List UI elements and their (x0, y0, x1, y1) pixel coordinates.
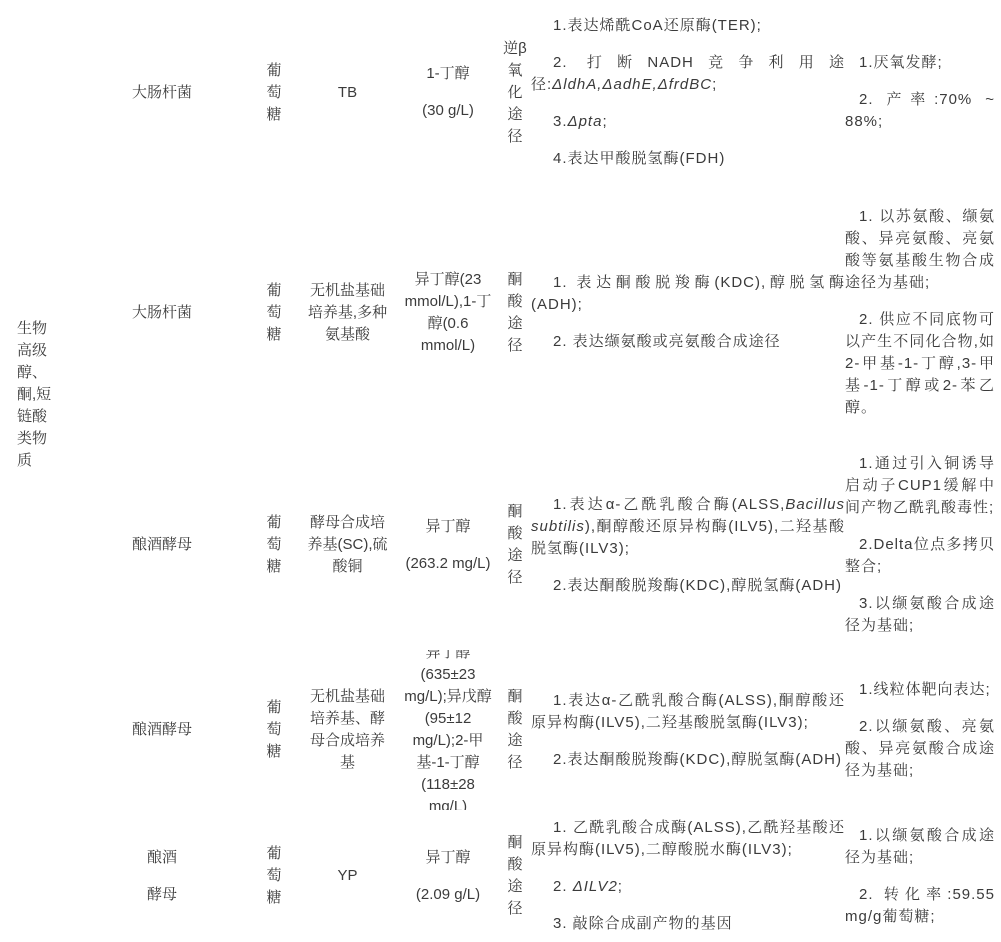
notes-text: 2. 供应不同底物可以产生不同化合物,如2-甲基-1-丁醇,3-甲基-1-丁醇或… (845, 309, 995, 419)
notes-text: 1.线粒体靶向表达; (845, 679, 995, 701)
product-text: (30 g/L) (401, 100, 495, 122)
strategy-text: 3.Δpta; (531, 111, 845, 133)
product-text: 异丁醇(23 mmol/L),1-丁醇(0.6 mmol/L) (401, 269, 495, 357)
notes-text: 2. 产率:70% ~ 88%; (845, 89, 995, 133)
organism-text: 酿酒酵母 (132, 719, 192, 741)
medium-text: YP (305, 865, 391, 887)
strategy-text: 1. 乙酰乳酸合成酶(ALSS),乙酰羟基酸还原异构酶(ILV5),二醇酸脱水酶… (531, 817, 845, 861)
organism-text: 酵母 (147, 884, 177, 906)
pathway-cell-row2: 酮酸途径 (500, 185, 530, 440)
notes-cell-row4: 1.线粒体靶向表达;2.以缬氨酸、亮氨酸、异亮氨酸合成途径为基础; (845, 650, 1001, 810)
document-page: 生物高级醇、酮,短链酸类物质 大肠杆菌葡萄糖TB1-丁醇(30 g/L)逆β氧化… (0, 0, 1001, 942)
notes-text: 2.以缬氨酸、亮氨酸、异亮氨酸合成途径为基础; (845, 716, 995, 782)
product-text: 异丁醇 (401, 516, 495, 538)
medium-text: 无机盐基础培养基、酵母合成培养基 (305, 686, 391, 774)
product-text: 异丁醇 (401, 847, 495, 869)
product-text: (2.09 g/L) (401, 884, 495, 906)
substrate-text: 葡萄糖 (266, 280, 282, 346)
medium-cell-row1: TB (299, 0, 396, 185)
pathway-cell-row5: 酮酸途径 (500, 810, 530, 942)
category-label: 生物高级醇、酮,短链酸类物质 (17, 318, 59, 472)
strategy-text: 2.表达酮酸脱羧酶(KDC),醇脱氢酶(ADH) (531, 575, 845, 597)
substrate-text: 葡萄糖 (266, 60, 282, 126)
medium-cell-row5: YP (299, 810, 396, 942)
notes-text: 1.厌氧发酵; (845, 52, 995, 74)
notes-text: 1.以缬氨酸合成途径为基础; (845, 825, 995, 869)
pathway-text: 酮酸途径 (501, 832, 529, 920)
product-text: 异丁醇(635±23 mg/L);异戊醇(95±12 mg/L);2-甲基-1-… (401, 650, 495, 810)
pathway-cell-row1: 逆β氧化途径 (500, 0, 530, 185)
substrate-text: 葡萄糖 (266, 697, 282, 763)
notes-cell-row1: 1.厌氧发酵;2. 产率:70% ~ 88%; (845, 0, 1001, 185)
product-cell-row1: 1-丁醇(30 g/L) (396, 0, 500, 185)
organism-text: 大肠杆菌 (132, 302, 192, 324)
strategy-text: 3. 敲除合成副产物的基因 (531, 913, 845, 935)
category-cell: 生物高级醇、酮,短链酸类物质 (0, 0, 75, 942)
strategy-text: 1.表达α-乙酰乳酸合酶(ALSS),酮醇酸还原异构酶(ILV5),二羟基酸脱氢… (531, 690, 845, 734)
notes-text: 1.通过引入铜诱导启动子CUP1缓解中间产物乙酰乳酸毒性; (845, 453, 995, 519)
strategy-text: 1.表达α-乙酰乳酸合酶(ALSS,Bacillus subtilis),酮醇酸… (531, 494, 845, 560)
medium-text: TB (305, 82, 391, 104)
substrate-cell-row1: 葡萄糖 (249, 0, 299, 185)
product-cell-row2: 异丁醇(23 mmol/L),1-丁醇(0.6 mmol/L) (396, 185, 500, 440)
pathway-text: 逆β氧化途径 (501, 38, 529, 148)
product-cell-row3: 异丁醇(263.2 mg/L) (396, 440, 500, 650)
strategy-cell-row2: 1. 表达酮酸脱羧酶(KDC),醇脱氢酶(ADH);2. 表达缬氨酸或亮氨酸合成… (530, 185, 845, 440)
strategy-cell-row5: 1. 乙酰乳酸合成酶(ALSS),乙酰羟基酸还原异构酶(ILV5),二醇酸脱水酶… (530, 810, 845, 942)
strategy-cell-row1: 1.表达烯酰CoA还原酶(TER);2. 打断NADH竞争利用途径:ΔldhA,… (530, 0, 845, 185)
strategy-text: 2. 打断NADH竞争利用途径:ΔldhA,ΔadhE,ΔfrdBC; (531, 52, 845, 96)
substrate-text: 葡萄糖 (266, 512, 282, 578)
product-text: (263.2 mg/L) (401, 553, 495, 575)
medium-text: 酵母合成培养基(SC),硫酸铜 (305, 512, 391, 578)
organism-text: 大肠杆菌 (132, 82, 192, 104)
pathway-cell-row4: 酮酸途径 (500, 650, 530, 810)
substrate-text: 葡萄糖 (266, 843, 282, 909)
strategy-text: 2. 表达缬氨酸或亮氨酸合成途径 (531, 331, 845, 353)
strategy-text: 2.表达酮酸脱羧酶(KDC),醇脱氢酶(ADH) (531, 749, 845, 771)
substrate-cell-row3: 葡萄糖 (249, 440, 299, 650)
medium-text: 无机盐基础培养基,多种氨基酸 (305, 280, 391, 346)
notes-text: 2. 转化率:59.55 mg/g葡萄糖; (845, 884, 995, 928)
product-cell-row4: 异丁醇(635±23 mg/L);异戊醇(95±12 mg/L);2-甲基-1-… (396, 650, 500, 810)
organism-cell-row1: 大肠杆菌 (75, 0, 249, 185)
substrate-cell-row4: 葡萄糖 (249, 650, 299, 810)
product-text: 1-丁醇 (401, 63, 495, 85)
notes-text: 3.以缬氨酸合成途径为基础; (845, 593, 995, 637)
strategy-text: 1.表达烯酰CoA还原酶(TER); (531, 15, 845, 37)
notes-cell-row3: 1.通过引入铜诱导启动子CUP1缓解中间产物乙酰乳酸毒性;2.Delta位点多拷… (845, 440, 1001, 650)
pathway-cell-row3: 酮酸途径 (500, 440, 530, 650)
organism-cell-row4: 酿酒酵母 (75, 650, 249, 810)
substrate-cell-row5: 葡萄糖 (249, 810, 299, 942)
pathway-text: 酮酸途径 (501, 269, 529, 357)
strategy-cell-row3: 1.表达α-乙酰乳酸合酶(ALSS,Bacillus subtilis),酮醇酸… (530, 440, 845, 650)
notes-text: 1. 以苏氨酸、缬氨酸、异亮氨酸、亮氨酸等氨基酸生物合成途径为基础; (845, 206, 995, 294)
pathway-text: 酮酸途径 (501, 501, 529, 589)
strategy-cell-row4: 1.表达α-乙酰乳酸合酶(ALSS),酮醇酸还原异构酶(ILV5),二羟基酸脱氢… (530, 650, 845, 810)
pathway-text: 酮酸途径 (501, 686, 529, 774)
organism-text: 酿酒酵母 (132, 534, 192, 556)
organism-cell-row3: 酿酒酵母 (75, 440, 249, 650)
notes-cell-row2: 1. 以苏氨酸、缬氨酸、异亮氨酸、亮氨酸等氨基酸生物合成途径为基础;2. 供应不… (845, 185, 1001, 440)
medium-cell-row2: 无机盐基础培养基,多种氨基酸 (299, 185, 396, 440)
medium-cell-row3: 酵母合成培养基(SC),硫酸铜 (299, 440, 396, 650)
organism-text: 酿酒 (147, 847, 177, 869)
organism-cell-row2: 大肠杆菌 (75, 185, 249, 440)
strategy-text: 4.表达甲酸脱氢酶(FDH) (531, 148, 845, 170)
table-grid: 生物高级醇、酮,短链酸类物质 大肠杆菌葡萄糖TB1-丁醇(30 g/L)逆β氧化… (0, 0, 1001, 942)
strategy-text: 2. ΔILV2; (531, 876, 845, 898)
organism-cell-row5: 酿酒酵母 (75, 810, 249, 942)
notes-text: 2.Delta位点多拷贝整合; (845, 534, 995, 578)
strategy-text: 1. 表达酮酸脱羧酶(KDC),醇脱氢酶(ADH); (531, 272, 845, 316)
notes-cell-row5: 1.以缬氨酸合成途径为基础;2. 转化率:59.55 mg/g葡萄糖; (845, 810, 1001, 942)
medium-cell-row4: 无机盐基础培养基、酵母合成培养基 (299, 650, 396, 810)
substrate-cell-row2: 葡萄糖 (249, 185, 299, 440)
product-cell-row5: 异丁醇(2.09 g/L) (396, 810, 500, 942)
